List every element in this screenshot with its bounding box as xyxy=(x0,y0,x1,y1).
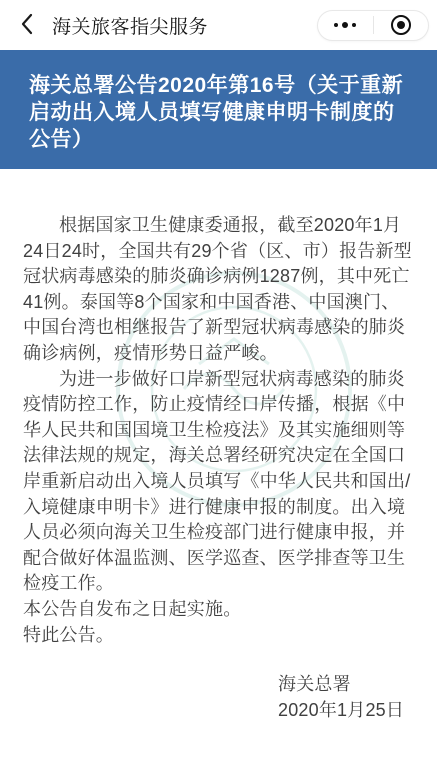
target-circle-icon xyxy=(391,15,411,35)
miniprogram-capsule xyxy=(317,10,429,41)
signature: 海关总署 xyxy=(278,672,414,698)
miniprogram-page: 海关旅客指尖服务 海关总署公告2020年第16号（关于重新启动出入境人员填写健康… xyxy=(0,0,437,768)
paragraph-4: 特此公告。 xyxy=(23,623,414,649)
signature-block: 海关总署 2020年1月25日 xyxy=(278,672,414,723)
paragraph-2: 为进一步做好口岸新型冠状病毒感染的肺炎疫情防控工作，防止疫情经口岸传播，根据《中… xyxy=(23,367,414,597)
announcement-banner: 海关总署公告2020年第16号（关于重新启动出入境人员填写健康申明卡制度的公告） xyxy=(0,50,437,169)
navbar: 海关旅客指尖服务 xyxy=(0,0,437,50)
paragraph-3: 本公告自发布之日起实施。 xyxy=(23,597,414,623)
signature-date: 2020年1月25日 xyxy=(278,698,414,724)
page-title: 海关旅客指尖服务 xyxy=(52,12,208,39)
article-text: 根据国家卫生健康委通报，截至2020年1月24日24时，全国共有29个省（区、市… xyxy=(23,213,414,723)
paragraph-1: 根据国家卫生健康委通报，截至2020年1月24日24时，全国共有29个省（区、市… xyxy=(23,213,414,367)
back-button[interactable] xyxy=(14,8,40,42)
announcement-title: 海关总署公告2020年第16号（关于重新启动出入境人员填写健康申明卡制度的公告） xyxy=(29,72,408,153)
more-options-button[interactable] xyxy=(318,11,373,40)
announcement-body: 根据国家卫生健康委通报，截至2020年1月24日24时，全国共有29个省（区、市… xyxy=(0,169,437,768)
three-dots-icon xyxy=(334,22,356,28)
chevron-left-icon xyxy=(21,13,33,38)
exit-button[interactable] xyxy=(374,11,429,40)
